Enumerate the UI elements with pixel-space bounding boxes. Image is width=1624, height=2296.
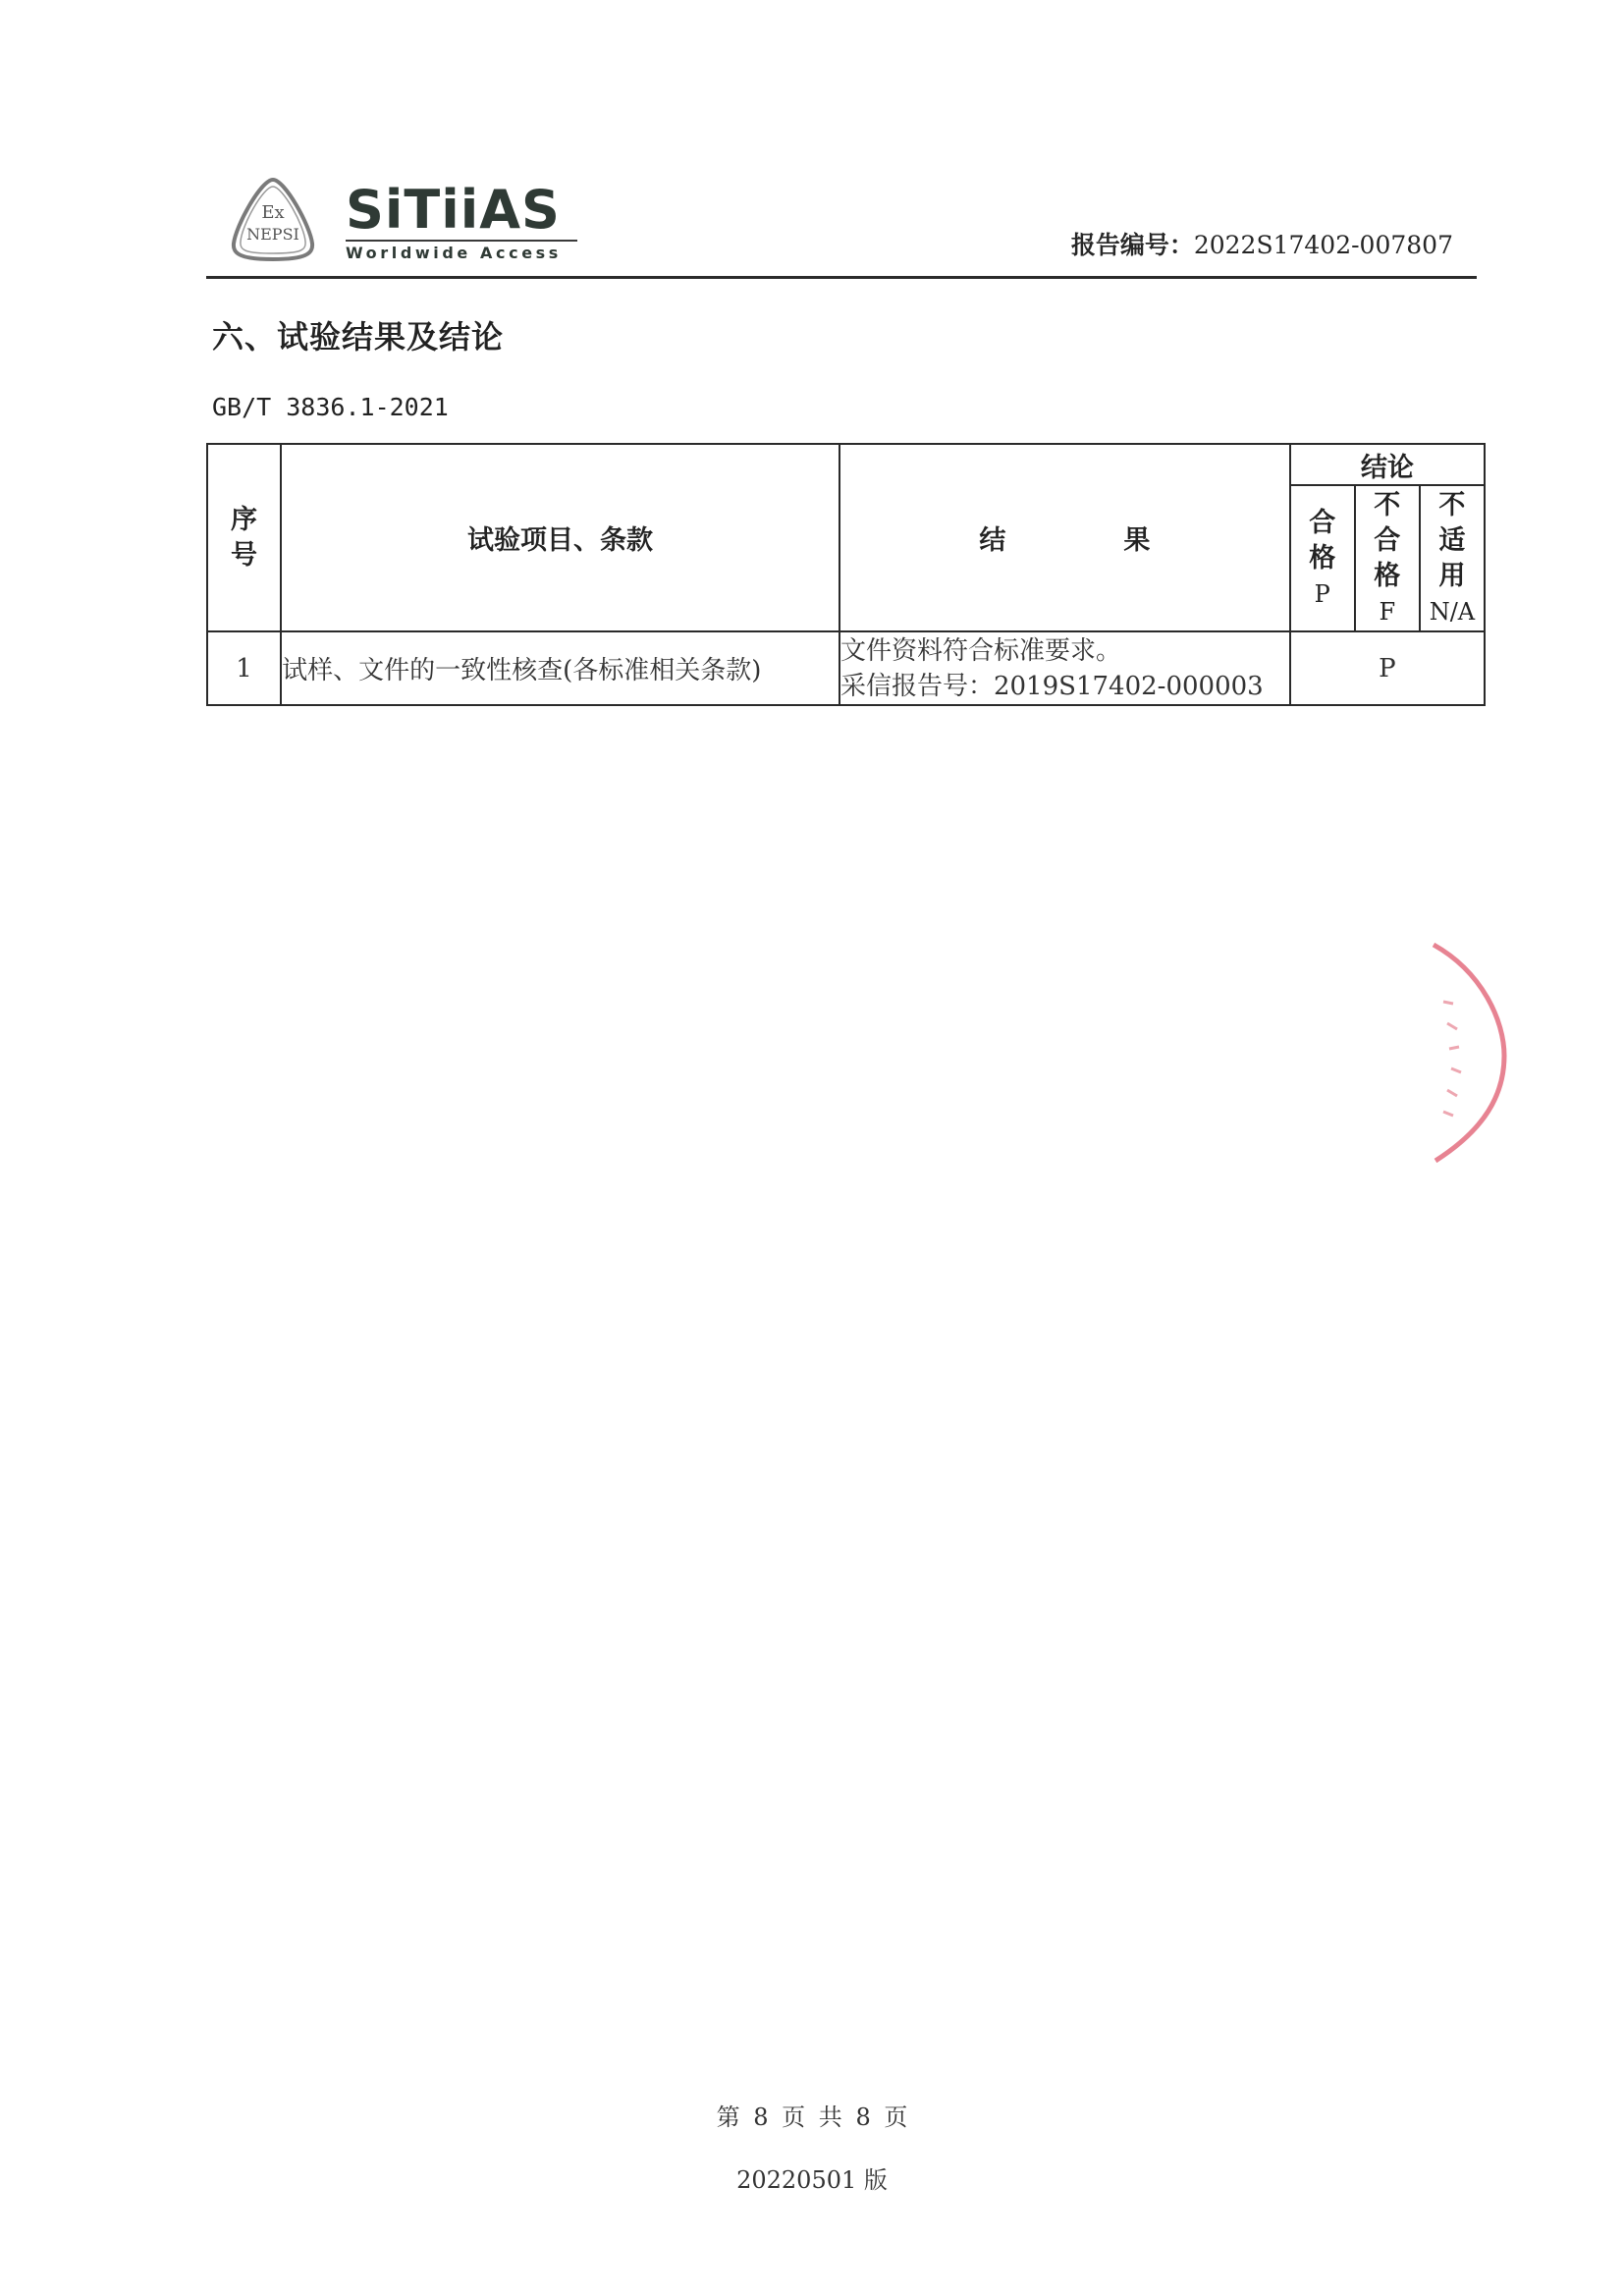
brand-name: SiTiiAS xyxy=(346,183,581,238)
red-seal-icon xyxy=(1414,933,1532,1169)
report-number-value: 2022S17402-007807 xyxy=(1194,231,1453,259)
form-version: 20220501 版 xyxy=(0,2160,1624,2195)
header-not-applicable: 不适用 N/A xyxy=(1420,485,1485,631)
svg-text:NEPSI: NEPSI xyxy=(246,225,299,244)
header-seq: 序号 xyxy=(207,444,281,631)
page-indicator: 第 8 页 共 8 页 xyxy=(0,2098,1624,2132)
standard-code: GB/T 3836.1-2021 xyxy=(212,393,449,421)
results-table: 序号 试验项目、条款 结果 结论 合格 P 不合格 F 不适用 N/A 1 xyxy=(206,443,1486,706)
report-number: 报告编号：2022S17402-007807 xyxy=(1071,226,1453,261)
header-fail: 不合格 F xyxy=(1355,485,1420,631)
section-title: 六、试验结果及结论 xyxy=(212,312,504,357)
header-pass: 合格 P xyxy=(1290,485,1355,631)
row-test-item: 试样、文件的一致性核查(各标准相关条款) xyxy=(281,631,839,705)
sitiias-logo: SiTiiAS Worldwide Access xyxy=(346,183,581,262)
ex-badge-icon: Ex NEPSI xyxy=(228,175,318,265)
report-number-label: 报告编号： xyxy=(1071,231,1194,259)
brand-tagline: Worldwide Access xyxy=(346,244,581,262)
header-result: 结果 xyxy=(839,444,1290,631)
table-row: 1 试样、文件的一致性核查(各标准相关条款) 文件资料符合标准要求。 采信报告号… xyxy=(207,631,1485,705)
nepsi-ex-badge-logo: Ex NEPSI xyxy=(228,175,318,265)
row-result: 文件资料符合标准要求。 采信报告号：2019S17402-000003 xyxy=(839,631,1290,705)
row-seq: 1 xyxy=(207,631,281,705)
svg-text:Ex: Ex xyxy=(261,202,284,223)
header-test-item: 试验项目、条款 xyxy=(281,444,839,631)
row-conclusion: P xyxy=(1290,631,1485,705)
header-conclusion: 结论 xyxy=(1290,444,1485,485)
header-divider xyxy=(206,276,1477,279)
